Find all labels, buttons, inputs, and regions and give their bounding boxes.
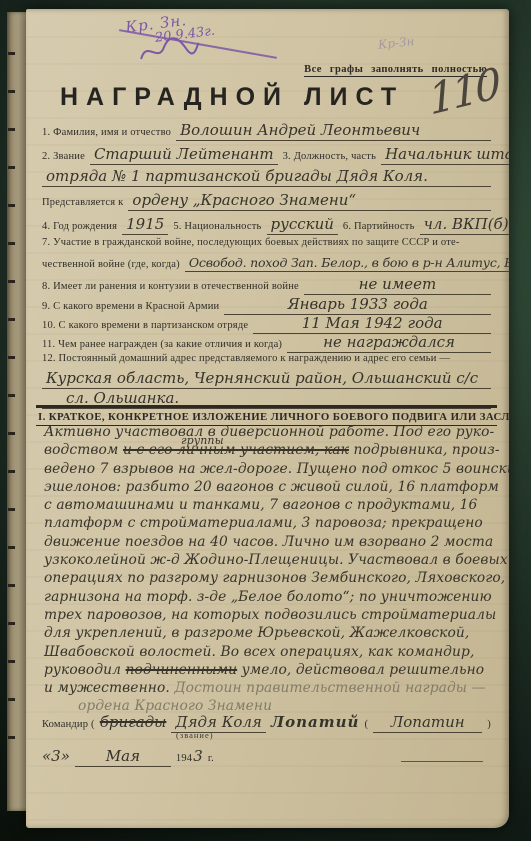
presented-value: ордену „Красного Знамени“ bbox=[128, 191, 491, 211]
notebook-edge bbox=[7, 12, 28, 811]
signature-row: Командир ( бригады Дядя Коля Лопатий ( Л… bbox=[42, 713, 491, 733]
rank-caption: (звание) bbox=[176, 730, 214, 740]
field7-label-line1: 7. Участие в гражданской войне, последую… bbox=[42, 237, 460, 248]
field2-label: 2. Звание bbox=[42, 151, 85, 162]
faint-text: Достоин правительственной награды — bbox=[174, 680, 485, 696]
date-suffix: г. bbox=[208, 753, 214, 764]
feat-line: для укреплений, в разгроме Юрьевской, Жа… bbox=[44, 624, 499, 642]
field4-label: 4. Год рождения bbox=[42, 221, 117, 232]
feat-text: водством bbox=[44, 442, 118, 458]
struck-unit-word: бригады bbox=[100, 713, 167, 731]
field8-value: не имеет bbox=[304, 275, 491, 295]
field12-label: 12. Постоянный домашний адрес представля… bbox=[42, 353, 450, 364]
field8-label: 8. Имеет ли ранения и контузии в отечест… bbox=[42, 281, 299, 292]
field11-label: 11. Чем ранее награжден (за какие отличи… bbox=[42, 339, 282, 350]
notebook-ruling bbox=[8, 52, 15, 752]
field1-row: 1. Фамилия, имя и отчество Волошин Андре… bbox=[42, 121, 491, 141]
field7-label-line2: чественной войне (где, когда) bbox=[42, 259, 180, 270]
feat-line: эшелонов: разбито 20 вагонов с живой сил… bbox=[44, 478, 499, 496]
feat-line: трех паровозов, на которых подвозились с… bbox=[44, 606, 499, 624]
field1-label: 1. Фамилия, имя и отчество bbox=[42, 127, 171, 138]
field7-value-row: чественной войне (где, когда) Освобод. п… bbox=[42, 255, 491, 272]
field4-value: 1915 bbox=[122, 215, 168, 235]
inserted-word: группы bbox=[181, 432, 224, 450]
feat-text: руководил bbox=[44, 662, 121, 678]
field7-value: Освобод. поход Зап. Белор., в бою в р-н … bbox=[185, 255, 509, 272]
field3-row-2: отряда № 1 партизанской бригады Дядя Кол… bbox=[42, 167, 491, 187]
field5-value: русский bbox=[267, 215, 338, 235]
feat-line: платформ с стройматериалами, 3 паровоза;… bbox=[44, 514, 499, 532]
field2-3-row: 2. Звание Старший Лейтенант 3. Должность… bbox=[42, 145, 491, 165]
feat-line: операциях по разгрому гарнизонов Зембинс… bbox=[44, 569, 499, 587]
field2-value: Старший Лейтенант bbox=[90, 145, 278, 165]
feat-line: ведено 7 взрывов на жел-дороге. Пущено п… bbox=[44, 460, 499, 478]
presented-row: Представляется к ордену „Красного Знамен… bbox=[42, 191, 491, 211]
field9-label: 9. С какого времени в Красной Армии bbox=[42, 301, 219, 312]
struck-text: подчиненными bbox=[126, 662, 238, 678]
feat-text: умело, действовал решительно bbox=[242, 662, 485, 678]
struck-text: и с его личным участием, как bbox=[123, 442, 349, 458]
field10-label: 10. С какого времени в партизанском отря… bbox=[42, 320, 248, 331]
field9-row: 9. С какого времени в Красной Армии Янва… bbox=[42, 295, 491, 315]
field12-value-1: Курская область, Чернянский район, Ольша… bbox=[42, 369, 491, 389]
surname-paren-open: ( bbox=[364, 719, 368, 730]
surname-paren-close: ) bbox=[487, 719, 491, 730]
pencil-note: Кр-Зн bbox=[377, 34, 415, 52]
feat-line: водством и с его личным участием, как гр… bbox=[44, 441, 499, 459]
feat-line: Активно участвовал в диверсионной работе… bbox=[44, 423, 499, 441]
feat-line: с автомашинами и танками, 7 вагонов с пр… bbox=[44, 496, 499, 514]
field8-row: 8. Имеет ли ранения и контузии в отечест… bbox=[42, 275, 491, 295]
date-row: «3» Мая 194 3 г. bbox=[42, 747, 209, 767]
field6-label: 6. Партийность bbox=[343, 221, 415, 232]
feat-text: и мужественно. bbox=[44, 680, 170, 696]
feat-line: движение поездов на 40 часов. Лично им в… bbox=[44, 533, 499, 551]
field1-value: Волошин Андрей Леонтьевич bbox=[176, 121, 491, 141]
corrected-phrase: и с его личным участием, как группы bbox=[123, 442, 354, 458]
commander-label: Командир ( bbox=[42, 719, 95, 730]
feat-text: подрывника, произ- bbox=[353, 442, 499, 458]
feat-line: гарнизона на торф. з-де „Белое болото“; … bbox=[44, 588, 499, 606]
field9-value: Январь 1933 года bbox=[224, 295, 491, 315]
field3-label: 3. Должность, часть bbox=[283, 151, 376, 162]
field10-value: 11 Мая 1942 года bbox=[253, 314, 491, 334]
commander-signature: Лопатий bbox=[271, 713, 360, 731]
field5-label: 5. Национальность bbox=[173, 221, 261, 232]
field4-5-6-row: 4. Год рождения 1915 5. Национальность р… bbox=[42, 215, 491, 235]
field10-row: 10. С какого времени в партизанском отря… bbox=[42, 314, 491, 334]
date-day: «3» bbox=[42, 747, 70, 765]
field12-value-row-1: Курская область, Чернянский район, Ольша… bbox=[42, 369, 491, 389]
feat-line: Швабовской волостей. Во всех операциях, … bbox=[44, 643, 499, 661]
field11-row: 11. Чем ранее награжден (за какие отличи… bbox=[42, 333, 491, 353]
date-year-printed: 194 bbox=[176, 753, 192, 764]
page-title: НАГРАДНОЙ ЛИСТ bbox=[60, 83, 404, 112]
field3-value: Начальник штаба bbox=[381, 145, 509, 165]
field7-label-row: 7. Участие в гражданской войне, последую… bbox=[42, 237, 491, 248]
date-year-hand: 3 bbox=[193, 747, 203, 765]
presented-label: Представляется к bbox=[42, 197, 123, 208]
field3-value-2: отряда № 1 партизанской бригады Дядя Кол… bbox=[42, 167, 491, 187]
feat-line: руководил подчиненными умело, действовал… bbox=[44, 661, 499, 679]
date-month: Мая bbox=[75, 747, 171, 767]
feat-line: и мужественно. Достоин правительственной… bbox=[44, 679, 499, 697]
feat-line: узкоколейной ж-д Жодино-Плещеницы. Участ… bbox=[44, 551, 499, 569]
feat-description: Активно участвовал в диверсионной работе… bbox=[44, 423, 499, 716]
field11-value: не награждался bbox=[287, 333, 491, 353]
commander-surname: Лопатин bbox=[373, 713, 482, 733]
document-page: Кр. Зн. 20.9.43г. Кр-Зн Все графы заполн… bbox=[26, 9, 509, 828]
field6-value: чл. ВКП(б) bbox=[420, 215, 509, 235]
field12-label-row: 12. Постоянный домашний адрес представля… bbox=[42, 353, 491, 364]
trailing-line bbox=[401, 761, 483, 762]
